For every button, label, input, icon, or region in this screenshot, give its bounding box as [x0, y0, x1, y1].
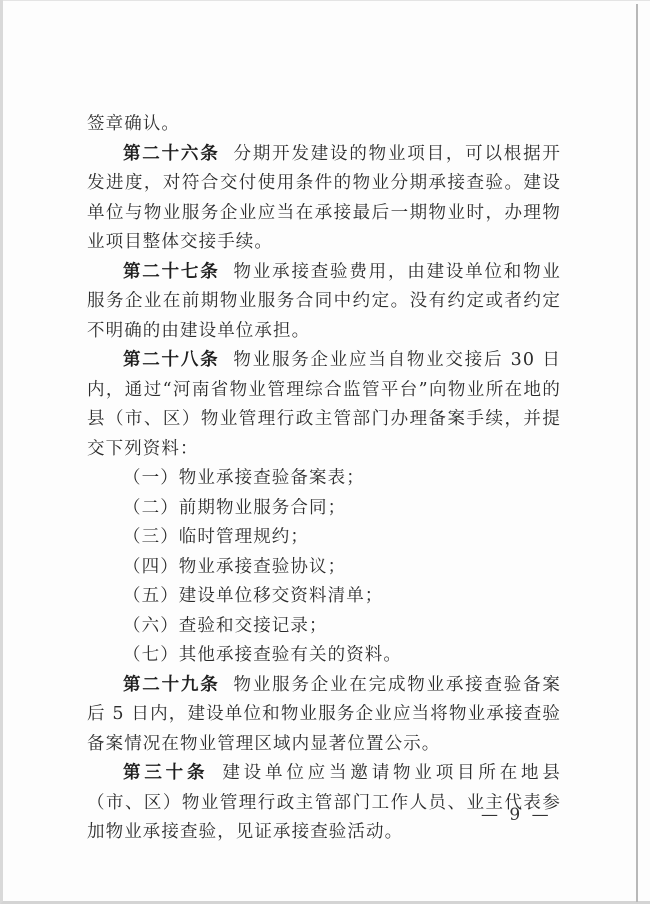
article-28: 第二十八条物业服务企业应当自物业交接后 30 日内，通过“河南省物业管理综合监管… [87, 346, 561, 464]
list-item: （一）物业承接查验备案表； [87, 464, 561, 494]
list-item: （二）前期物业服务合同； [87, 494, 561, 524]
article-29: 第二十九条物业服务企业在完成物业承接查验备案后 5 日内，建设单位和物业服务企业… [87, 671, 561, 760]
article-number: 第二十九条 [123, 675, 220, 695]
list-item: （三）临时管理规约； [87, 523, 561, 553]
page-right-border-line [636, 4, 638, 902]
list-item: （六）查验和交接记录； [87, 612, 561, 642]
continued-paragraph: 签章确认。 [87, 110, 561, 140]
page-number: — 9 — [481, 805, 552, 825]
article-number: 第二十八条 [123, 350, 219, 370]
document-body: 签章确认。 第二十六条分期开发建设的物业项目，可以根据开发进度，对符合交付使用条… [87, 110, 561, 848]
article-number: 第二十七条 [123, 262, 220, 282]
list-item: （四）物业承接查验协议； [87, 553, 561, 583]
article-30: 第三十条建设单位应当邀请物业项目所在地县（市、区）物业管理行政主管部门工作人员、… [87, 759, 561, 848]
article-27: 第二十七条物业承接查验费用，由建设单位和物业服务企业在前期物业服务合同中约定。没… [87, 258, 561, 347]
article-number: 第二十六条 [123, 144, 220, 164]
required-materials-list: （一）物业承接查验备案表； （二）前期物业服务合同； （三）临时管理规约； （四… [87, 464, 561, 671]
page-top-edge [3, 0, 650, 1]
list-item: （七）其他承接查验有关的资料。 [87, 641, 561, 671]
document-page: 签章确认。 第二十六条分期开发建设的物业项目，可以根据开发进度，对符合交付使用条… [0, 0, 650, 904]
article-26: 第二十六条分期开发建设的物业项目，可以根据开发进度，对符合交付使用条件的物业分期… [87, 140, 561, 258]
article-number: 第三十条 [123, 763, 208, 783]
list-item: （五）建设单位移交资料清单； [87, 582, 561, 612]
